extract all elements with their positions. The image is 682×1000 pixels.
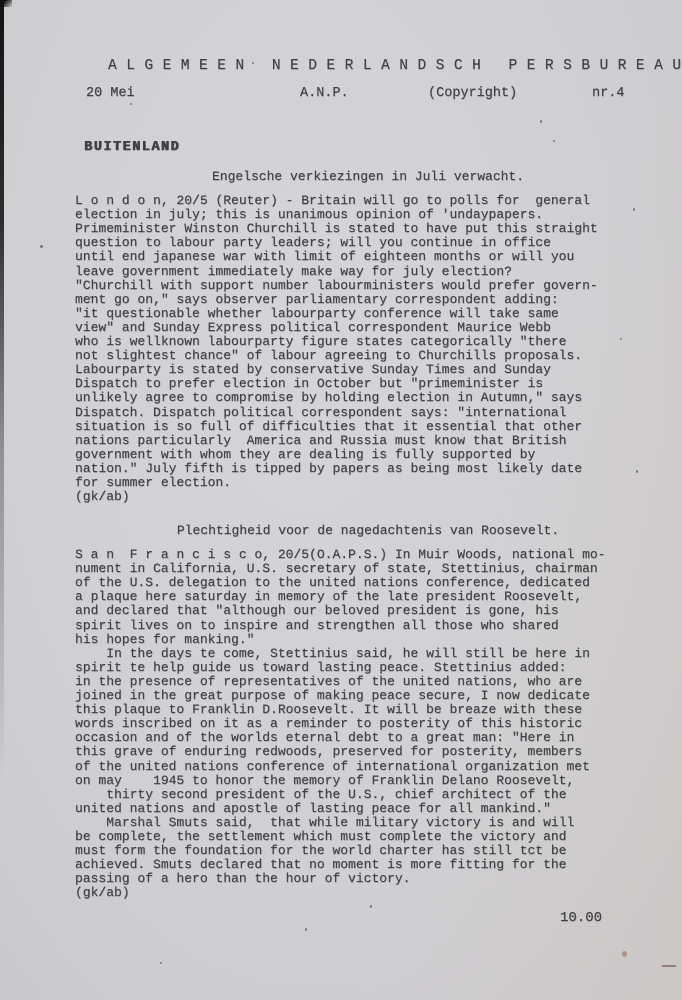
article-body: L o n d o n, 20/5 (Reuter) - Britain wil… bbox=[75, 194, 661, 490]
scan-corner-shadow bbox=[0, 0, 12, 7]
scanned-press-bulletin-page: A L G E M E E N N E D E R L A N D S C H … bbox=[0, 0, 682, 1000]
scan-speck bbox=[636, 470, 638, 473]
date-label: 20 Mei bbox=[86, 86, 135, 101]
scan-speck bbox=[305, 928, 307, 931]
scan-speck bbox=[252, 62, 254, 64]
scan-speck bbox=[633, 208, 635, 211]
masthead-title: A L G E M E E N N E D E R L A N D S C H … bbox=[108, 58, 681, 74]
scan-speck bbox=[622, 951, 627, 957]
scan-speck bbox=[40, 245, 43, 248]
scan-speck bbox=[370, 905, 372, 908]
article-heading: Engelsche verkiezingen in Juli verwacht. bbox=[75, 170, 661, 184]
scan-edge-shadow bbox=[0, 0, 4, 780]
scan-speck bbox=[90, 296, 92, 298]
scan-mark bbox=[662, 965, 676, 967]
article-signoff: (gk/ab) bbox=[75, 886, 661, 900]
scan-speck bbox=[540, 120, 542, 123]
scan-speck bbox=[620, 338, 622, 340]
issue-number: nr.4 bbox=[592, 86, 624, 101]
section-label-buitenland: BUITENLAND bbox=[84, 140, 180, 155]
article-roosevelt-memorial: Plechtigheid voor de nagedachtenis van R… bbox=[75, 524, 661, 900]
article-english-elections: Engelsche verkiezingen in Juli verwacht.… bbox=[75, 170, 661, 504]
article-signoff: (gk/ab) bbox=[75, 490, 661, 504]
article-heading: Plechtigheid voor de nagedachtenis van R… bbox=[75, 524, 661, 538]
footer-time: 10.00 bbox=[560, 910, 602, 926]
agency-label: A.N.P. bbox=[300, 86, 349, 101]
scan-speck bbox=[160, 962, 162, 964]
scan-speck bbox=[130, 103, 132, 105]
article-body: S a n F r a n c i s c o, 20/5(O.A.P.S.) … bbox=[75, 548, 661, 886]
copyright-label: (Copyright) bbox=[428, 86, 517, 101]
scan-speck bbox=[553, 140, 555, 142]
